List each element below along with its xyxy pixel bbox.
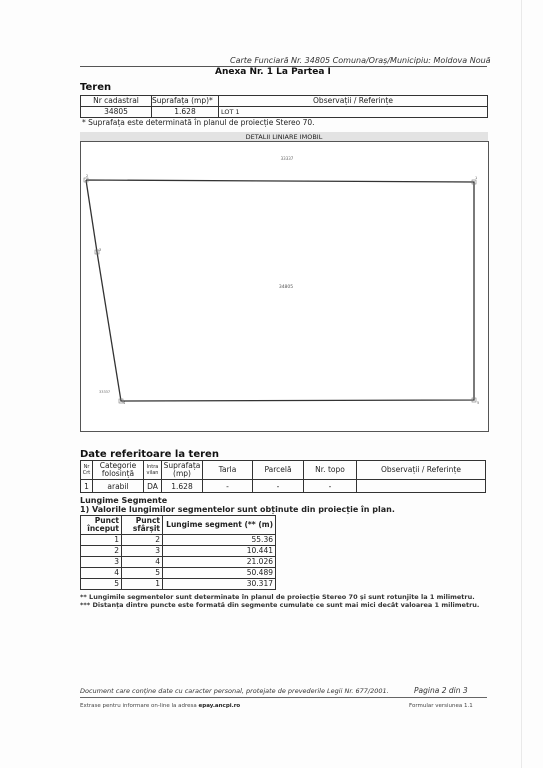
teren-table: Nr cadastral Suprafața (mp)* Observații …	[80, 95, 488, 118]
table-row: 5130.317	[81, 579, 276, 590]
table-row: 1 arabil DA 1.628 - - -	[81, 480, 486, 493]
vertex-label: 2	[86, 174, 88, 178]
cell-end: 3	[122, 546, 163, 557]
col-observatii: Observații / Referințe	[357, 461, 486, 480]
form-version: Formular versiunea 1.1	[409, 703, 473, 709]
page-number: Pagina 2 din 3	[414, 686, 468, 695]
note-distance: *** Distanța dintre puncte este formată …	[80, 601, 479, 609]
personal-data-notice: Document care conține date cu caracter p…	[80, 687, 389, 695]
anexa-title: Anexa Nr. 1 La Partea I	[215, 67, 331, 77]
cell-length: 10.441	[163, 546, 276, 557]
col-suprafata: Suprafața (mp)	[162, 461, 203, 480]
col-nr-crt: Nr Crt	[81, 461, 93, 480]
table-row: 4550.489	[81, 568, 276, 579]
parcel-number-label: 34805	[279, 284, 293, 290]
col-punct-sfarsit: Punct sfârșit	[122, 516, 163, 535]
extras-note: Extrase pentru informare on-line la adre…	[80, 703, 240, 709]
cell-categorie: arabil	[93, 480, 144, 493]
cell-observatii	[357, 480, 486, 493]
cell-tarla: -	[203, 480, 253, 493]
neighbor-top-label: 33337	[281, 156, 294, 161]
lungime-segmente-section: Lungime Segmente 1) Valorile lungimilor …	[80, 496, 395, 514]
cell-start: 1	[81, 535, 122, 546]
segment-notes: ** Lungimile segmentelor sunt determinat…	[80, 593, 479, 609]
cell-end: 5	[122, 568, 163, 579]
neighbor-left-label: 33337	[99, 390, 110, 394]
table-row: 1255.36	[81, 535, 276, 546]
col-observatii: Observații / Referințe	[219, 96, 488, 107]
extras-prefix: Extrase pentru informare on-line la adre…	[80, 703, 199, 709]
cell-length: 21.026	[163, 557, 276, 568]
col-parcela: Parcelă	[253, 461, 304, 480]
cell-end: 4	[122, 557, 163, 568]
extras-link[interactable]: epay.ancpi.ro	[199, 703, 241, 709]
cell-suprafata: 1.628	[162, 480, 203, 493]
parcel-plan: 2 1 5 4 3 33337 34805 33337	[80, 141, 489, 432]
cell-start: 5	[81, 579, 122, 590]
scan-edge	[521, 0, 522, 768]
col-tarla: Tarla	[203, 461, 253, 480]
lungime-table: Punct început Punct sfârșit Lungime segm…	[80, 515, 276, 590]
cell-end: 2	[122, 535, 163, 546]
cell-end: 1	[122, 579, 163, 590]
col-categorie: Categorie folosință	[93, 461, 144, 480]
cell-parcela: -	[253, 480, 304, 493]
col-nr-cadastral: Nr cadastral	[81, 96, 152, 107]
vertex-label: 3	[99, 248, 101, 252]
teren-section-title: Teren	[80, 82, 111, 93]
cell-suprafata: 1.628	[152, 107, 219, 118]
col-nr-topo: Nr. topo	[304, 461, 357, 480]
lungime-title: Lungime Segmente	[80, 496, 395, 505]
col-intravilan: Intra vilan	[144, 461, 162, 480]
lungime-subtitle: 1) Valorile lungimilor segmentelor sunt …	[80, 505, 395, 514]
col-punct-inceput: Punct început	[81, 516, 122, 535]
cell-start: 2	[81, 546, 122, 557]
date-teren-table: Nr Crt Categorie folosință Intra vilan S…	[80, 460, 486, 493]
col-suprafata: Suprafața (mp)*	[152, 96, 219, 107]
cell-start: 3	[81, 557, 122, 568]
note-rounding: ** Lungimile segmentelor sunt determinat…	[80, 593, 479, 601]
footer-divider	[80, 697, 487, 698]
vertex-label: 1	[475, 176, 477, 180]
table-row: 2310.441	[81, 546, 276, 557]
cell-nr-topo: -	[304, 480, 357, 493]
suprafata-note: * Suprafața este determinată în planul d…	[82, 118, 315, 127]
col-lungime: Lungime segment (** (m)	[163, 516, 276, 535]
vertex-label: 5	[477, 401, 479, 405]
date-teren-title: Date referitoare la teren	[80, 449, 219, 460]
cell-start: 4	[81, 568, 122, 579]
cell-nr-cadastral: 34805	[81, 107, 152, 118]
cell-length: 55.36	[163, 535, 276, 546]
cell-observatii: LOT 1	[219, 107, 488, 118]
cell-length: 30.317	[163, 579, 276, 590]
carte-funciara-header: Carte Funciară Nr. 34805 Comuna/Oraș/Mun…	[230, 56, 491, 65]
cell-intravilan: DA	[144, 480, 162, 493]
plan-title: DETALII LINIARE IMOBIL	[80, 132, 488, 141]
parcel-drawing: 2 1 5 4 3 33337 34805 33337	[81, 142, 488, 431]
cell-length: 50.489	[163, 568, 276, 579]
table-row: 3421.026	[81, 557, 276, 568]
cell-nr-crt: 1	[81, 480, 93, 493]
